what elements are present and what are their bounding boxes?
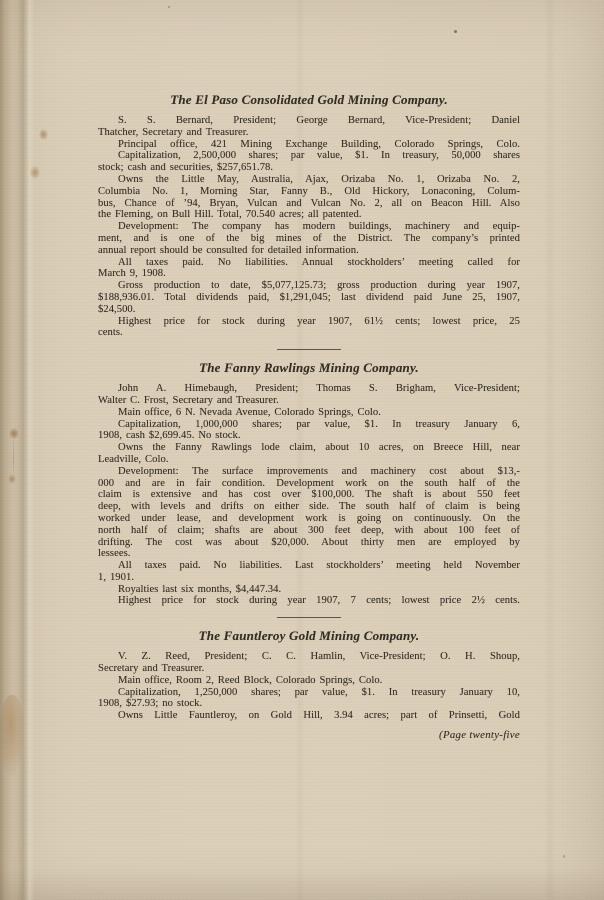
text-line: 1908, $27.93; no stock. — [98, 698, 520, 710]
paragraph: Capitalization, 1,250,000 shares; par va… — [98, 687, 520, 711]
paper-stain — [39, 129, 48, 140]
binding-crease — [17, 0, 35, 900]
paragraph: V. Z. Reed, President; C. C. Hamlin, Vic… — [98, 651, 520, 675]
paragraph: John A. Himebaugh, President; Thomas S. … — [98, 383, 520, 407]
paper-stain — [0, 695, 24, 777]
paragraph: Principal office, 421 Mining Exchange Bu… — [98, 139, 520, 151]
page-content: The El Paso Consolidated Gold Mining Com… — [98, 91, 520, 741]
paragraph: Gross production to date, $5,077,125.73;… — [98, 280, 520, 315]
text-line: $24,500. — [98, 304, 520, 316]
paragraph: Royalties last six months, $4,447.34. — [98, 584, 520, 596]
text-line: V. Z. Reed, President; C. C. Hamlin, Vic… — [98, 651, 520, 663]
paper-speck — [563, 855, 565, 858]
paper-stain — [8, 474, 16, 484]
text-line: March 9, 1908. — [98, 268, 520, 280]
company-section: The Fauntleroy Gold Mining Company.V. Z.… — [98, 617, 520, 722]
text-line: annual report should be consulted for de… — [98, 245, 520, 257]
text-line: 000 and are in fair condition. Developme… — [98, 478, 520, 490]
text-line: Capitalization, 1,250,000 shares; par va… — [98, 687, 520, 699]
paragraph: Main office, 6 N. Nevada Avenue, Colorad… — [98, 407, 520, 419]
paragraph: Owns the Little May, Australia, Ajax, Or… — [98, 174, 520, 221]
text-line: 1, 1901. — [98, 572, 520, 584]
text-line: Thatcher, Secretary and Treasurer. — [98, 127, 520, 139]
text-line: ment, and is one of the big mines of the… — [98, 233, 520, 245]
text-line: 1908, cash $2,699.45. No stock. — [98, 430, 520, 442]
paragraph: Capitalization, 2,500,000 shares; par va… — [98, 150, 520, 174]
text-line: Gross production to date, $5,077,125.73;… — [98, 280, 520, 292]
text-line: deep, with levels and drifts on either s… — [98, 501, 520, 513]
text-line: Development: The surface improvements an… — [98, 466, 520, 478]
paper-speck — [168, 6, 170, 8]
paragraph: All taxes paid. No liabilities. Last sto… — [98, 560, 520, 584]
text-line: Walter C. Frost, Secretary and Treasurer… — [98, 395, 520, 407]
paragraph: Capitalization, 1,000,000 shares; par va… — [98, 419, 520, 443]
page-number: (Page twenty-five — [98, 729, 520, 741]
section-title: The Fauntleroy Gold Mining Company. — [98, 627, 520, 644]
text-line: S. S. Bernard, President; George Bernard… — [98, 115, 520, 127]
paper-scratch — [13, 436, 14, 478]
text-line: All taxes paid. No liabilities. Annual s… — [98, 257, 520, 269]
paragraph: S. S. Bernard, President; George Bernard… — [98, 115, 520, 139]
paragraph: Owns Little Fauntleroy, on Gold Hill, 3.… — [98, 710, 520, 722]
text-line: Columbia No. 1, Morning Star, Fanny B., … — [98, 186, 520, 198]
text-line: worked under lease, and development work… — [98, 513, 520, 525]
text-line: Development: The company has modern buil… — [98, 221, 520, 233]
company-section: The El Paso Consolidated Gold Mining Com… — [98, 91, 520, 339]
text-line: Owns Little Fauntleroy, on Gold Hill, 3.… — [98, 710, 520, 722]
text-line: Owns the Little May, Australia, Ajax, Or… — [98, 174, 520, 186]
text-line: the Fleming, on Bull Hill. Total, 70.540… — [98, 209, 520, 221]
text-line: north half of claim; shafts are about 30… — [98, 525, 520, 537]
text-line: Secretary and Treasurer. — [98, 663, 520, 675]
scanned-book-page: { "page": { "footer": "(Page twenty-five… — [0, 0, 604, 900]
text-line: bus, Chance of ’94, Bryan, Vulcan and Vu… — [98, 198, 520, 210]
paragraph: All taxes paid. No liabilities. Annual s… — [98, 257, 520, 281]
paragraph: Owns the Fanny Rawlings lode claim, abou… — [98, 442, 520, 466]
paragraph: Development: The company has modern buil… — [98, 221, 520, 256]
paragraph: Development: The surface improvements an… — [98, 466, 520, 560]
text-line: Principal office, 421 Mining Exchange Bu… — [98, 139, 520, 151]
text-line: cents. — [98, 327, 520, 339]
text-line: Main office, Room 2, Reed Block, Colorad… — [98, 675, 520, 687]
text-line: lessees. — [98, 548, 520, 560]
text-line: Royalties last six months, $4,447.34. — [98, 584, 520, 596]
text-line: Owns the Fanny Rawlings lode claim, abou… — [98, 442, 520, 454]
text-line: Highest price for stock during year 1907… — [98, 316, 520, 328]
text-line: Leadville, Colo. — [98, 454, 520, 466]
text-line: All taxes paid. No liabilities. Last sto… — [98, 560, 520, 572]
paragraph: Main office, Room 2, Reed Block, Colorad… — [98, 675, 520, 687]
paragraph: Highest price for stock during year 1907… — [98, 316, 520, 340]
section-title: The Fanny Rawlings Mining Company. — [98, 359, 520, 376]
paper-stain — [9, 428, 19, 439]
section-separator — [277, 349, 341, 350]
text-line: Main office, 6 N. Nevada Avenue, Colorad… — [98, 407, 520, 419]
section-separator — [277, 617, 341, 618]
text-line: stock; cash and securities, $257,651.78. — [98, 162, 520, 174]
text-line: $188,936.01. Total dividends paid, $1,29… — [98, 292, 520, 304]
text-line: John A. Himebaugh, President; Thomas S. … — [98, 383, 520, 395]
text-line: Capitalization, 2,500,000 shares; par va… — [98, 150, 520, 162]
paragraph: Highest price for stock during year 1907… — [98, 595, 520, 607]
paper-speck — [454, 30, 457, 33]
text-line: drifting. The cost was about $20,000. Ab… — [98, 537, 520, 549]
company-section: The Fanny Rawlings Mining Company.John A… — [98, 349, 520, 607]
text-line: Highest price for stock during year 1907… — [98, 595, 520, 607]
section-title: The El Paso Consolidated Gold Mining Com… — [98, 91, 520, 108]
text-line: Capitalization, 1,000,000 shares; par va… — [98, 419, 520, 431]
text-line: claim is extensive and has cost over $10… — [98, 489, 520, 501]
scan-streak — [544, 0, 556, 900]
paper-stain — [30, 166, 40, 179]
